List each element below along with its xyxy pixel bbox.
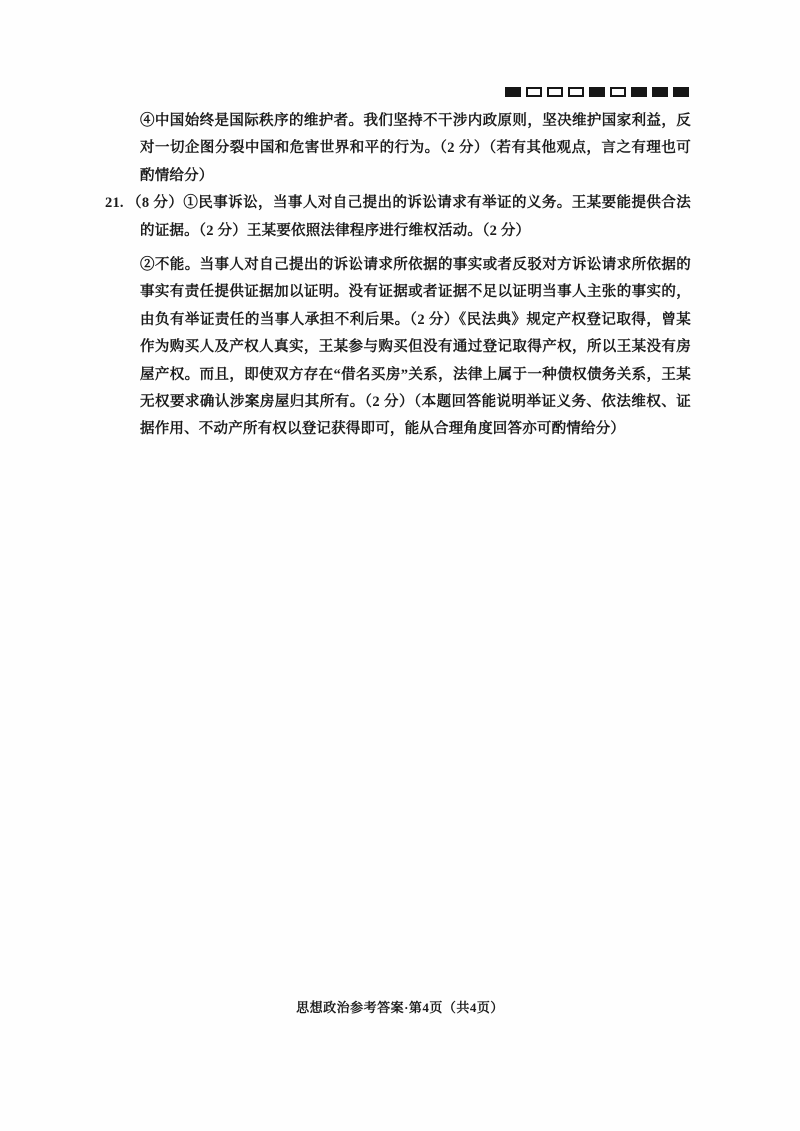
answer-21-part-1-text: ①民事诉讼，当事人对自己提出的诉讼请求有举证的义务。王某要能提供合法的证据。（2…: [140, 195, 691, 238]
answer-20-point-4: ④中国始终是国际秩序的维护者。我们坚持不干涉内政原则，坚决维护国家利益，反对一切…: [140, 108, 691, 190]
answer-21-part-2: ②不能。当事人对自己提出的诉讼请求所依据的事实或者反驳对方诉讼请求所依据的事实有…: [140, 252, 691, 444]
filled-registration-mark: [631, 87, 647, 97]
outline-registration-mark: [526, 87, 542, 97]
filled-registration-mark: [505, 87, 521, 97]
page-footer: 思想政治参考答案·第4页（共4页）: [0, 997, 800, 1016]
question-21-number: 21.: [105, 195, 127, 211]
filled-registration-mark: [673, 87, 689, 97]
answer-sheet-page: ④中国始终是国际秩序的维护者。我们坚持不干涉内政原则，坚决维护国家利益，反对一切…: [0, 0, 800, 1131]
answer-21: 21.（8 分）①民事诉讼，当事人对自己提出的诉讼请求有举证的义务。王某要能提供…: [105, 190, 691, 444]
filled-registration-mark: [652, 87, 668, 97]
filled-registration-mark: [589, 87, 605, 97]
footer-text: 思想政治参考答案·第4页（共4页）: [296, 1000, 504, 1015]
outline-registration-mark: [547, 87, 563, 97]
answer-21-part-1: 21.（8 分）①民事诉讼，当事人对自己提出的诉讼请求有举证的义务。王某要能提供…: [105, 190, 691, 245]
outline-registration-mark: [568, 87, 584, 97]
question-21-score: （8 分）: [127, 195, 184, 211]
registration-marks: [505, 87, 689, 97]
outline-registration-mark: [610, 87, 626, 97]
answers-content: ④中国始终是国际秩序的维护者。我们坚持不干涉内政原则，坚决维护国家利益，反对一切…: [105, 108, 691, 444]
